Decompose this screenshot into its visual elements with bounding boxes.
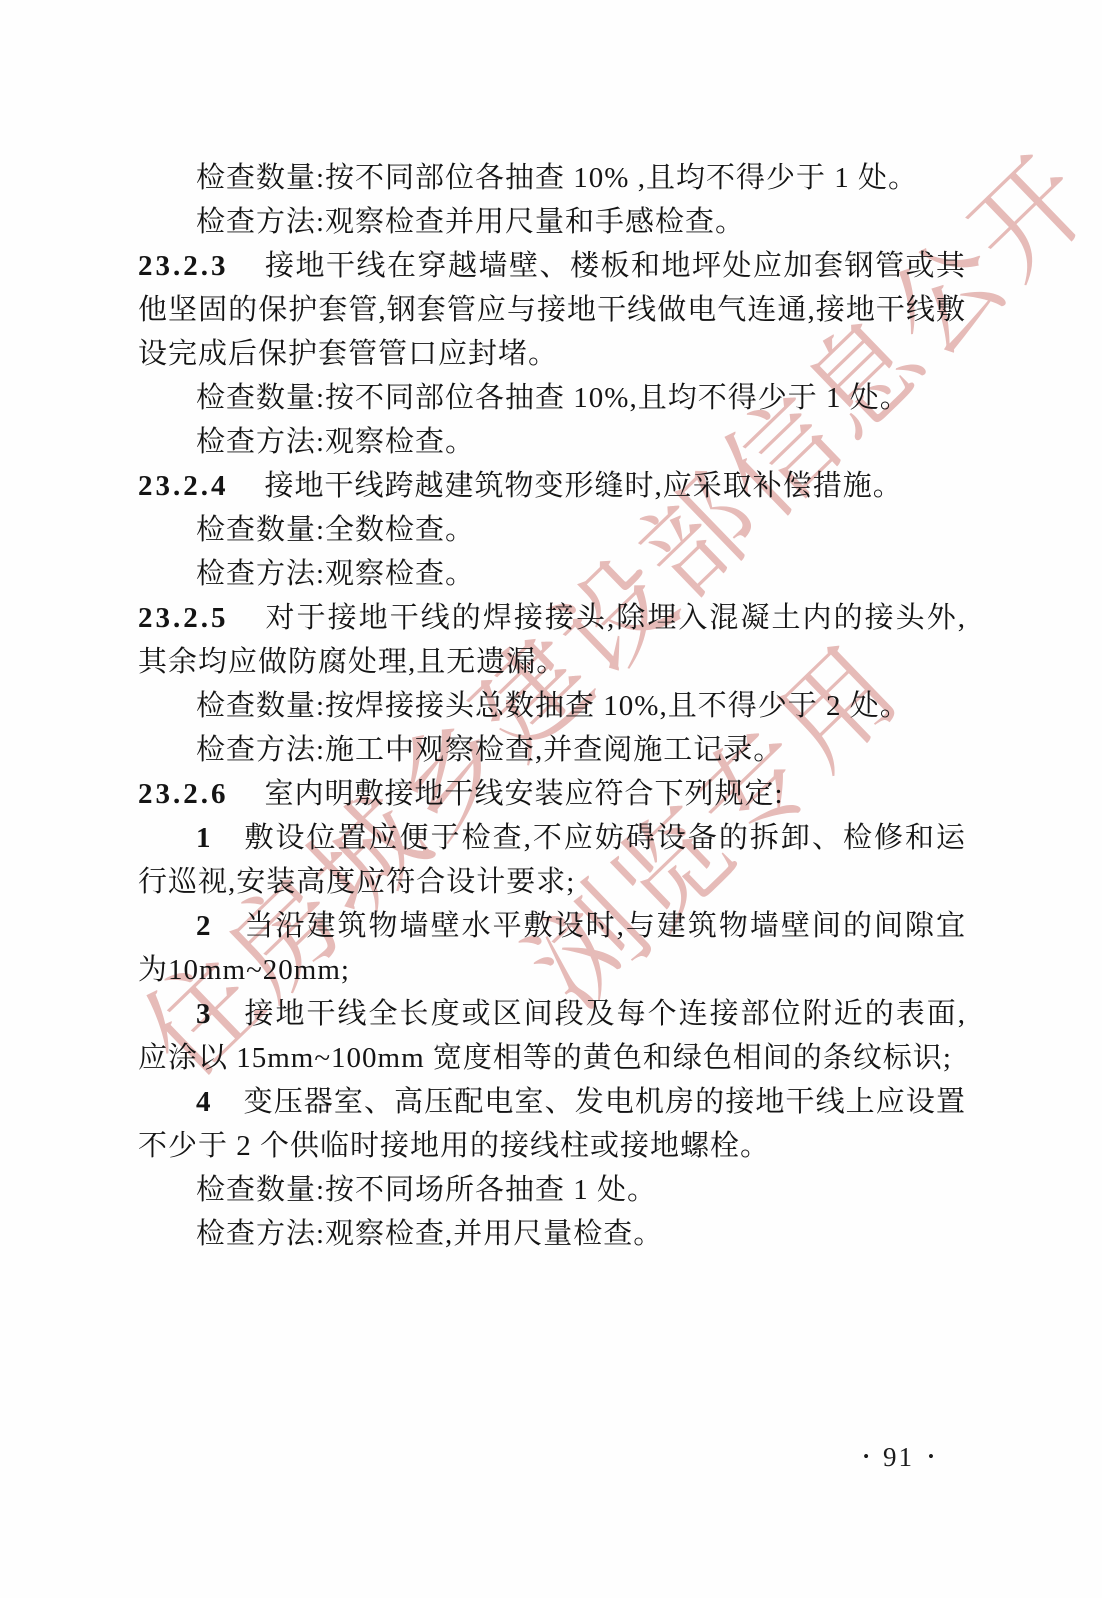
footer-right-dot: • [928, 1447, 934, 1466]
paragraph-number: 23.2.3 [138, 250, 229, 282]
paragraph-text: 接地干线全长度或区间段及每个连接部位附近的表面,应涂以 15mm~100mm 宽… [138, 998, 966, 1074]
paragraph-text: 检查数量:按不同部位各抽查 10%,且均不得少于 1 处。 [196, 382, 910, 414]
paragraph-text: 接地干线在穿越墙壁、楼板和地坪处应加套钢管或其他坚固的保护套管,钢套管应与接地干… [138, 250, 966, 370]
page-footer: •91• [863, 1441, 934, 1473]
paragraph-text: 当沿建筑物墙壁水平敷设时,与建筑物墙壁间的间隙宜为10mm~20mm; [138, 910, 966, 986]
paragraph-text: 检查数量:按不同部位各抽查 10% ,且均不得少于 1 处。 [196, 162, 918, 194]
inspection-line: 检查方法:观察检查。 [138, 552, 966, 596]
paragraph-text: 检查方法:观察检查。 [196, 558, 475, 590]
paragraph-text: 检查数量:按不同场所各抽查 1 处。 [196, 1174, 657, 1206]
list-item-paragraph: 1敷设位置应便于检查,不应妨碍设备的拆卸、检修和运行巡视,安装高度应符合设计要求… [138, 816, 966, 904]
clause-paragraph: 23.2.6室内明敷接地干线安装应符合下列规定: [138, 772, 966, 816]
paragraph-text: 室内明敷接地干线安装应符合下列规定: [265, 778, 784, 810]
paragraph-number: 4 [196, 1086, 214, 1118]
document-body: 检查数量:按不同部位各抽查 10% ,且均不得少于 1 处。检查方法:观察检查并… [138, 156, 966, 1256]
inspection-line: 检查数量:按不同场所各抽查 1 处。 [138, 1168, 966, 1212]
paragraph-number: 3 [196, 998, 214, 1030]
inspection-line: 检查数量:按焊接接头总数抽查 10%,且不得少于 2 处。 [138, 684, 966, 728]
paragraph-number: 23.2.4 [138, 470, 229, 502]
inspection-line: 检查方法:观察检查,并用尺量检查。 [138, 1212, 966, 1256]
inspection-line: 检查方法:施工中观察检查,并查阅施工记录。 [138, 728, 966, 772]
list-item-paragraph: 3接地干线全长度或区间段及每个连接部位附近的表面,应涂以 15mm~100mm … [138, 992, 966, 1080]
page-number: 91 [883, 1442, 914, 1472]
list-item-paragraph: 4变压器室、高压配电室、发电机房的接地干线上应设置不少于 2 个供临时接地用的接… [138, 1080, 966, 1168]
paragraph-text: 检查数量:全数检查。 [196, 514, 475, 546]
paragraph-number: 23.2.6 [138, 778, 229, 810]
paragraph-text: 对于接地干线的焊接接头,除埋入混凝土内的接头外,其余均应做防腐处理,且无遗漏。 [138, 602, 966, 678]
paragraph-text: 敷设位置应便于检查,不应妨碍设备的拆卸、检修和运行巡视,安装高度应符合设计要求; [138, 822, 966, 898]
clause-paragraph: 23.2.3接地干线在穿越墙壁、楼板和地坪处应加套钢管或其他坚固的保护套管,钢套… [138, 244, 966, 376]
inspection-line: 检查数量:按不同部位各抽查 10%,且均不得少于 1 处。 [138, 376, 966, 420]
inspection-line: 检查方法:观察检查。 [138, 420, 966, 464]
document-page: 住房城乡建设部信息公开 浏览专用 检查数量:按不同部位各抽查 10% ,且均不得… [0, 0, 1102, 1598]
paragraph-text: 接地干线跨越建筑物变形缝时,应采取补偿措施。 [265, 470, 903, 502]
paragraph-text: 变压器室、高压配电室、发电机房的接地干线上应设置不少于 2 个供临时接地用的接线… [138, 1086, 966, 1162]
paragraph-text: 检查方法:观察检查并用尺量和手感检查。 [196, 206, 745, 238]
paragraph-text: 检查方法:施工中观察检查,并查阅施工记录。 [196, 734, 783, 766]
inspection-line: 检查方法:观察检查并用尺量和手感检查。 [138, 200, 966, 244]
paragraph-number: 23.2.5 [138, 602, 229, 634]
clause-paragraph: 23.2.4接地干线跨越建筑物变形缝时,应采取补偿措施。 [138, 464, 966, 508]
footer-left-dot: • [863, 1447, 869, 1466]
list-item-paragraph: 2当沿建筑物墙壁水平敷设时,与建筑物墙壁间的间隙宜为10mm~20mm; [138, 904, 966, 992]
inspection-line: 检查数量:全数检查。 [138, 508, 966, 552]
paragraph-number: 1 [196, 822, 214, 854]
paragraph-text: 检查方法:观察检查,并用尺量检查。 [196, 1218, 663, 1250]
inspection-line: 检查数量:按不同部位各抽查 10% ,且均不得少于 1 处。 [138, 156, 966, 200]
paragraph-text: 检查数量:按焊接接头总数抽查 10%,且不得少于 2 处。 [196, 690, 910, 722]
paragraph-number: 2 [196, 910, 214, 942]
paragraph-text: 检查方法:观察检查。 [196, 426, 475, 458]
clause-paragraph: 23.2.5对于接地干线的焊接接头,除埋入混凝土内的接头外,其余均应做防腐处理,… [138, 596, 966, 684]
